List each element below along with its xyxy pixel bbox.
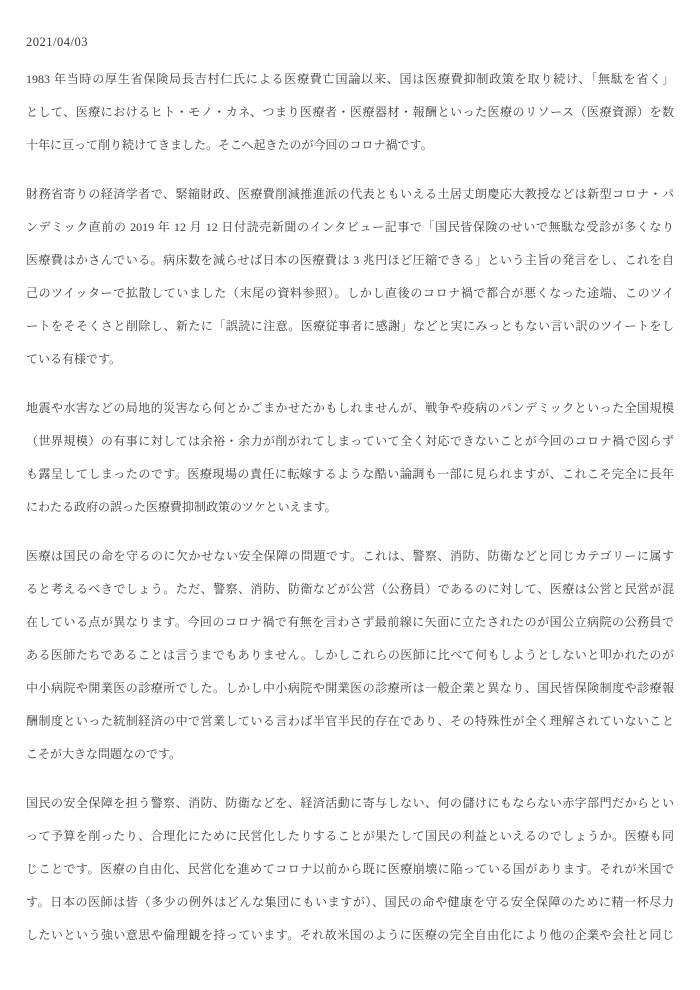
text-line: ている有様です。 [26,343,674,376]
text-line: 十年に亘って削り続けてきました。そこへ起きたのが今回のコロナ禍です。 [26,129,674,162]
paragraph-4: 医療は国民の命を守るのに欠かせない安全保障の問題です。これは、警察、消防、防衛な… [26,540,674,771]
text-line: じことです。医療の自由化、民営化を進めてコロナ以前から既に医療崩壊に陥っている国… [26,853,674,886]
text-line: （世界規模）の有事に対しては余裕・余力が削がれてしまっていて全く対応できないこと… [26,425,674,458]
text-line: 1983 年当時の厚生省保険局長吉村仁氏による医療費亡国論以来、国は医療費抑制政… [26,63,674,96]
text-line: 地震や水害などの局地的災害なら何とかごまかせたかもしれませんが、戦争や疫病のパン… [26,392,674,425]
text-line: 己のツイッターで拡散していました（末尾の資料参照）。しかし直後のコロナ禍で都合が… [26,277,674,310]
paragraph-3: 地震や水害などの局地的災害なら何とかごまかせたかもしれませんが、戦争や疫病のパン… [26,392,674,524]
text-line: 酬制度といった統制経済の中で営業している言わば半官半民的存在であり、その特殊性が… [26,705,674,738]
text-line: 在している点が異なります。今回のコロナ禍で有無を言わさず最前線に矢面に立たされた… [26,606,674,639]
text-line: 医療費はかさんでいる。病床数を減らせば日本の医療費は 3 兆円ほど圧縮できる」と… [26,244,674,277]
text-line: も露呈してしまったのです。医療現場の責任に転嫁するような酷い論調も一部に見られま… [26,458,674,491]
text-line: ートをそそくさと削除し、新たに「誤読に注意。医療従事者に感謝」などと実にみっとも… [26,310,674,343]
text-line: したいという強い意思や倫理観を持っています。それ故米国のように医療の完全自由化に… [26,919,674,952]
paragraph-2: 財務省寄りの経済学者で、緊縮財政、医療費削減推進派の代表ともいえる土居丈朗慶応大… [26,178,674,376]
text-line: として、医療におけるヒト・モノ・カネ、つまり医療者・医療器材・報酬といった医療の… [26,96,674,129]
text-line: ると考えるべきでしょう。ただ、警察、消防、防衛などが公営（公務員）であるのに対し… [26,573,674,606]
document-page: 2021/04/03 1983 年当時の厚生省保険局長吉村仁氏による医療費亡国論… [0,0,700,990]
paragraph-5: 国民の安全保障を担う警察、消防、防衛などを、経済活動に寄与しない、何の儲けにもな… [26,787,674,952]
text-line: 医療は国民の命を守るのに欠かせない安全保障の問題です。これは、警察、消防、防衛な… [26,540,674,573]
text-line: って予算を削ったり、合理化にために民営化したりすることが果たして国民の利益といえ… [26,820,674,853]
paragraph-1: 1983 年当時の厚生省保険局長吉村仁氏による医療費亡国論以来、国は医療費抑制政… [26,63,674,162]
text-line: 国民の安全保障を担う警察、消防、防衛などを、経済活動に寄与しない、何の儲けにもな… [26,787,674,820]
text-line: 中小病院や開業医の診療所でした。しかし中小病院や開業医の診療所は一般企業と異なり… [26,672,674,705]
text-line: す。日本の医師は皆（多少の例外はどんな集団にもいますが）、国民の命や健康を守る安… [26,886,674,919]
text-line: にわたる政府の誤った医療費抑制政策のツケといえます。 [26,491,674,524]
text-line: 財務省寄りの経済学者で、緊縮財政、医療費削減推進派の代表ともいえる土居丈朗慶応大… [26,178,674,211]
text-line: ンデミック直前の 2019 年 12 月 12 日付読売新聞のインタビュー記事で… [26,211,674,244]
document-date: 2021/04/03 [26,34,674,50]
text-line: こそが大きな問題なのです。 [26,738,674,771]
text-line: ある医師たちであることは言うまでもありません。しかしこれらの医師に比べて何もしよ… [26,639,674,672]
